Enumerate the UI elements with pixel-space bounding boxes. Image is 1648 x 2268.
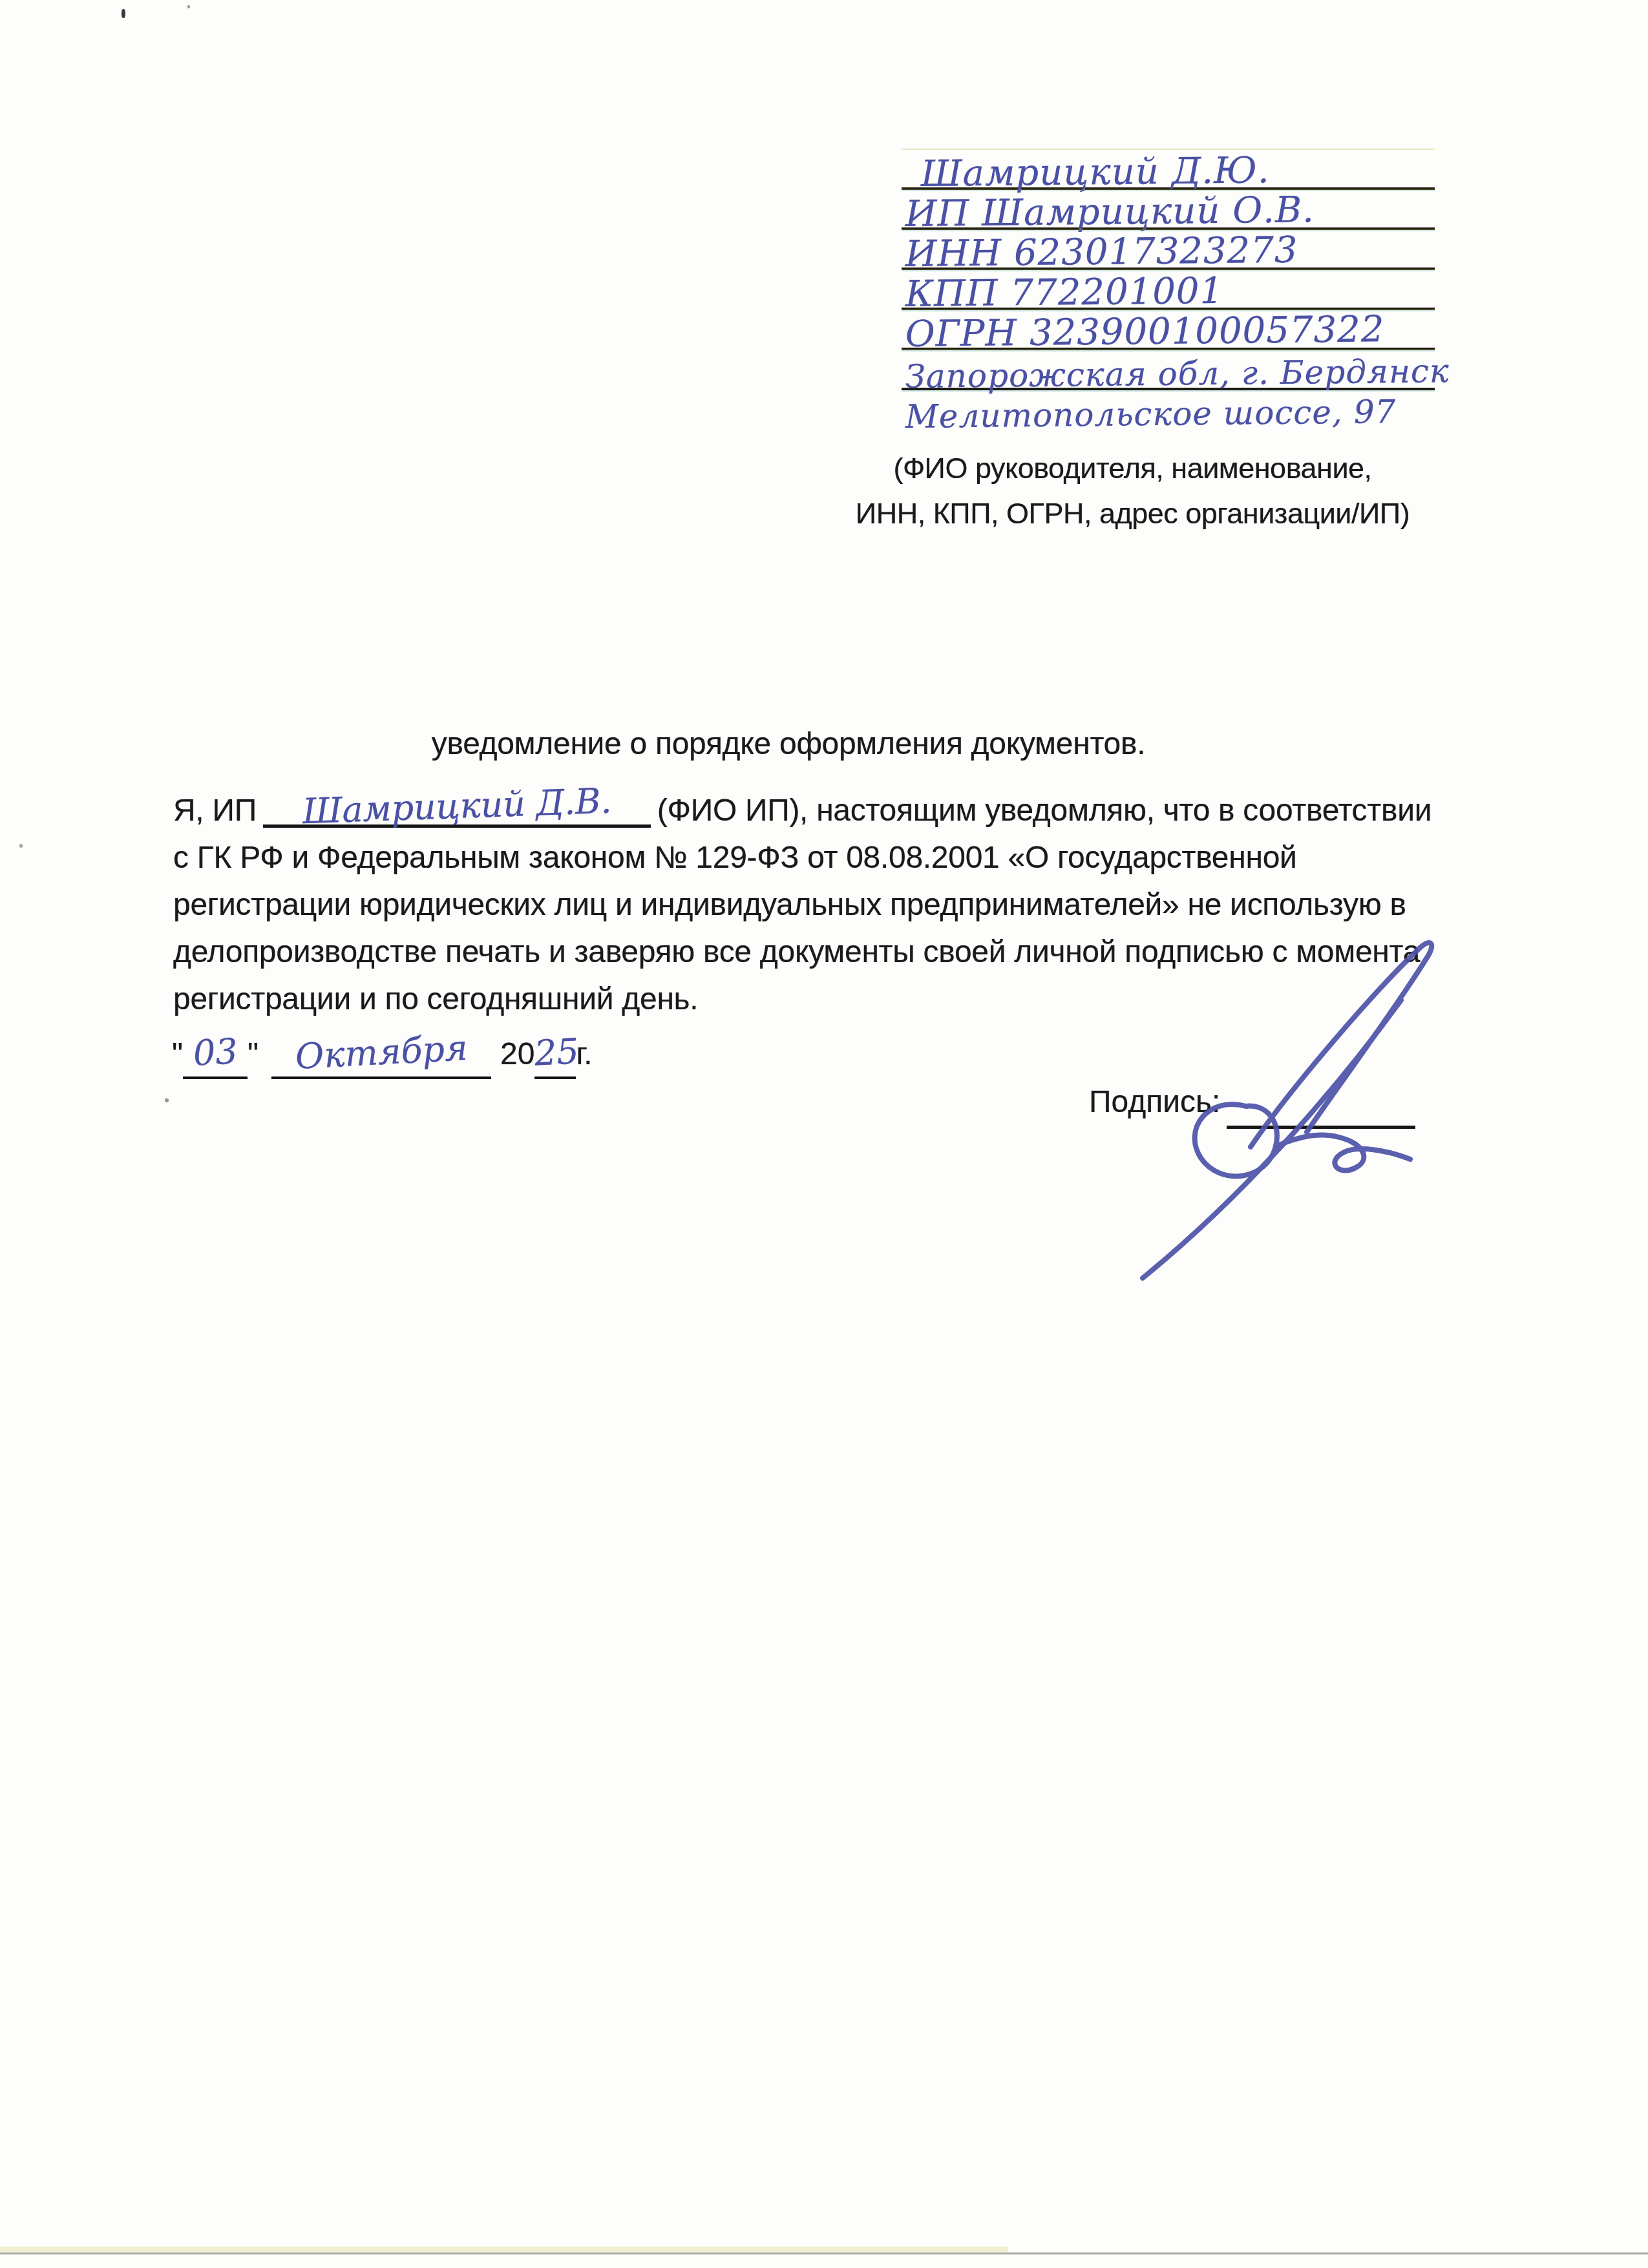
scan-speck	[19, 844, 23, 848]
scanned-document-page: Шамрицкий Д.Ю. ИП Шамрицкий О.В. ИНН 623…	[0, 0, 1648, 2268]
handwritten-ip-name: ИП Шамрицкий О.В.	[905, 192, 1315, 233]
handwritten-fio: Шамрицкий Д.В.	[302, 784, 612, 830]
handwritten-inn: ИНН 623017323273	[905, 233, 1298, 273]
document-title: уведомление о порядке оформления докумен…	[174, 726, 1402, 762]
signature-ink	[1092, 924, 1454, 1286]
handwritten-line: ИП Шамрицкий О.В.	[902, 190, 1435, 230]
day-blank: 03	[183, 1030, 248, 1079]
caption-line-1: (ФИО руководителя, наименование,	[827, 446, 1438, 491]
date-line: "03"Октября2025г.	[172, 1030, 592, 1082]
scan-speck	[187, 5, 190, 8]
handwritten-line: ИНН 623017323273	[902, 230, 1435, 270]
close-quote: "	[248, 1037, 259, 1071]
handwritten-address-region: Запорожская обл, г. Бердянск	[905, 355, 1450, 393]
handwritten-ogrn: ОГРН 323900100057322	[905, 311, 1384, 353]
body-line1-prefix: Я, ИП	[173, 793, 257, 828]
handwritten-month: Октября	[294, 1025, 469, 1080]
handwritten-name: Шамрицкий Д.Ю.	[920, 152, 1270, 193]
fio-blank: Шамрицкий Д.В.	[263, 787, 651, 828]
handwritten-line: ОГРН 323900100057322	[902, 310, 1435, 350]
header-fill-in-block: Шамрицкий Д.Ю. ИП Шамрицкий О.В. ИНН 623…	[902, 150, 1435, 436]
caption-line-2: ИНН, КПП, ОГРН, адрес организации/ИП)	[827, 491, 1438, 536]
handwritten-kpp: КПП 772201001	[905, 273, 1223, 313]
scan-speck	[165, 1098, 169, 1102]
body-line-2: с ГК РФ и Федеральным законом № 129-ФЗ о…	[173, 834, 1440, 881]
scan-edge-tint	[0, 2247, 1008, 2252]
body-line1-suffix: (ФИО ИП), настоящим уведомляю, что в соо…	[657, 793, 1431, 828]
fill-in-caption: (ФИО руководителя, наименование, ИНН, КП…	[827, 446, 1438, 536]
year-blank: 25	[534, 1030, 576, 1079]
scan-speck	[121, 9, 125, 18]
open-quote: "	[172, 1037, 183, 1071]
month-blank: Октября	[271, 1030, 491, 1079]
scan-edge-line	[0, 2252, 1648, 2254]
handwritten-line: КПП 772201001	[902, 270, 1435, 310]
handwritten-line: Запорожская обл, г. Бердянск	[902, 350, 1435, 390]
handwritten-year: 25	[534, 1029, 580, 1076]
body-line-1: Я, ИПШамрицкий Д.В.(ФИО ИП), настоящим у…	[173, 787, 1440, 834]
handwritten-day: 03	[192, 1029, 238, 1076]
handwritten-line: Шамрицкий Д.Ю.	[902, 150, 1435, 190]
year-prefix: 20	[500, 1037, 534, 1071]
body-line-3: регистрации юридических лиц и индивидуал…	[173, 881, 1440, 929]
handwritten-line: Мелитопольское шоссе, 97	[902, 390, 1435, 436]
handwritten-address-street: Мелитопольское шоссе, 97	[905, 395, 1396, 433]
